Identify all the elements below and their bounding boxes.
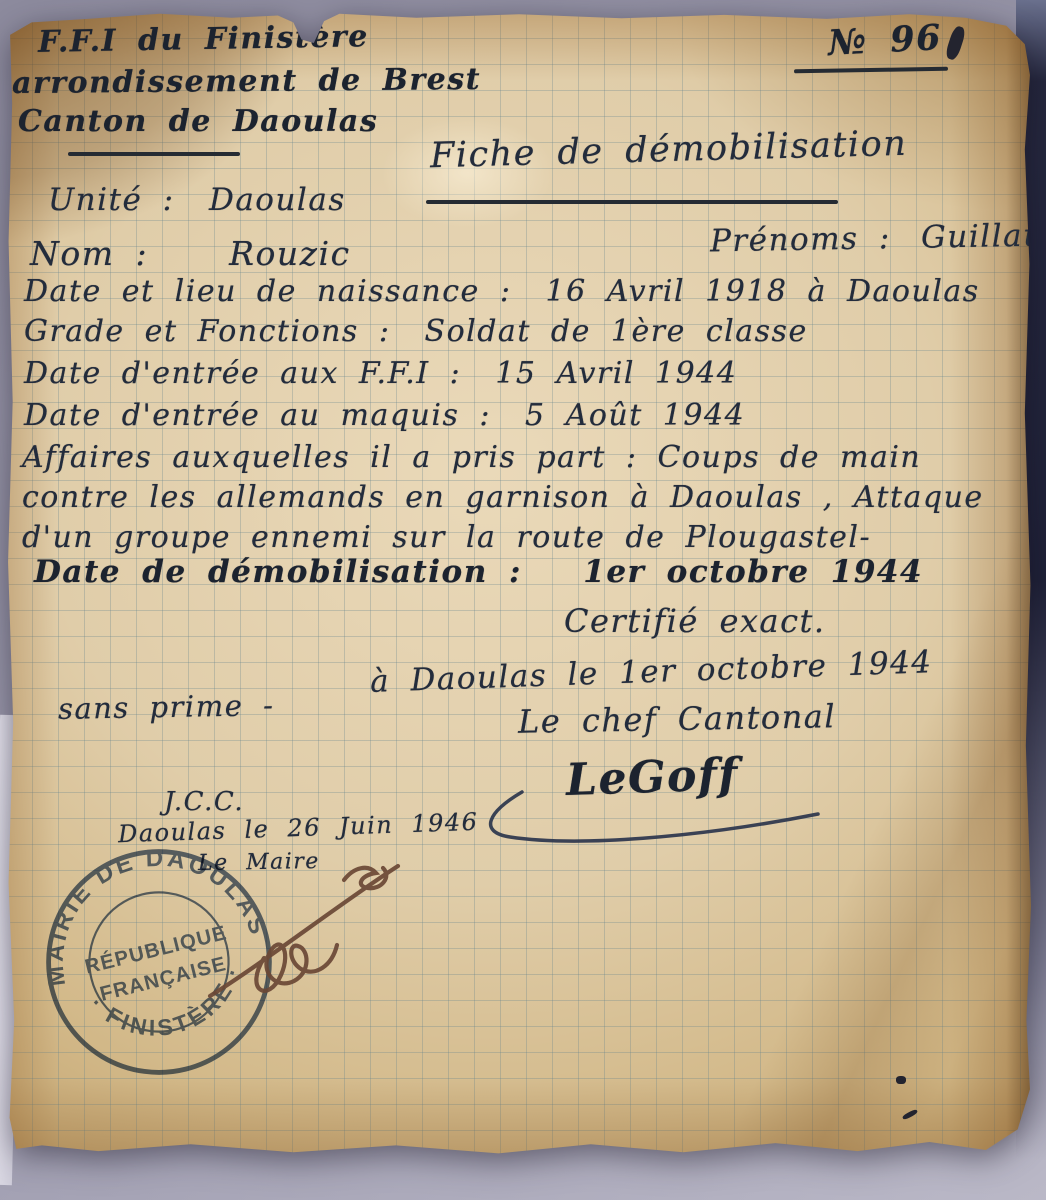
- field-unite-value: Daoulas: [209, 182, 346, 218]
- page-title: Fiche de démobilisation: [430, 124, 908, 176]
- field-entree-ffi: Date d'entrée aux F.F.I : 15 Avril 1944: [24, 356, 737, 391]
- doc-number-underline: [794, 67, 948, 73]
- sans-prime-note: sans prime -: [58, 688, 275, 726]
- field-demobilisation-label: Date de démobilisation :: [34, 554, 522, 590]
- field-naissance-label: Date et lieu de naissance :: [24, 274, 511, 309]
- field-affaires: Affaires auxquelles il a pris part : Cou…: [22, 438, 1024, 558]
- org-line3: Canton de Daoulas: [18, 104, 378, 139]
- field-entree-ffi-value: 15 Avril 1944: [495, 356, 737, 391]
- field-demobilisation-value: 1er octobre 1944: [583, 554, 923, 590]
- field-naissance: Date et lieu de naissance : 16 Avril 191…: [24, 274, 980, 309]
- field-nom-label: Nom :: [30, 234, 148, 273]
- field-entree-ffi-label: Date d'entrée aux F.F.I :: [24, 356, 461, 391]
- document-paper: F.F.I du Finistère arrondissement de Bre…: [6, 12, 1032, 1158]
- initials-note: J.C.C.: [164, 787, 244, 817]
- field-grade: Grade et Fonctions : Soldat de 1ère clas…: [24, 314, 808, 349]
- org-line2: arrondissement de Brest: [12, 62, 481, 101]
- field-unite: Unité : Daoulas: [48, 182, 346, 218]
- field-grade-value: Soldat de 1ère classe: [425, 314, 808, 349]
- paper-wrap: F.F.I du Finistère arrondissement de Bre…: [0, 0, 1046, 1200]
- title-underline: [426, 200, 838, 204]
- org-underline: [68, 152, 240, 156]
- field-grade-label: Grade et Fonctions :: [24, 314, 390, 349]
- field-affaires-label: Affaires auxquelles il a pris part :: [22, 440, 637, 475]
- ink-speck: [896, 1076, 906, 1084]
- field-entree-maquis-label: Date d'entrée au maquis :: [24, 398, 491, 433]
- chef-signature-flourish: [476, 764, 836, 859]
- field-nom-value: Rouzic: [229, 234, 350, 273]
- certification-place-date: à Daoulas le 1er octobre 1944: [370, 644, 934, 700]
- certified-exact: Certifié exact.: [564, 602, 826, 640]
- field-demobilisation: Date de démobilisation : 1er octobre 194…: [34, 554, 923, 590]
- field-prenoms: Prénoms : Guillaume: [710, 217, 1046, 260]
- field-entree-maquis: Date d'entrée au maquis : 5 Août 1944: [24, 398, 745, 433]
- mayor-signature: [202, 836, 412, 1006]
- org-line1: F.F.I du Finistère: [38, 19, 369, 60]
- doc-number: № 96: [827, 17, 943, 64]
- field-prenoms-label: Prénoms :: [710, 220, 891, 259]
- field-naissance-value: 16 Avril 1918 à Daoulas: [545, 274, 979, 309]
- field-unite-label: Unité :: [48, 182, 175, 218]
- field-entree-maquis-value: 5 Août 1944: [525, 398, 745, 433]
- photo-scene: F.F.I du Finistère arrondissement de Bre…: [0, 0, 1046, 1200]
- field-prenoms-value: Guillaume: [921, 217, 1046, 256]
- field-nom: Nom : Rouzic: [30, 234, 351, 273]
- signer-title: Le chef Cantonal: [518, 697, 837, 741]
